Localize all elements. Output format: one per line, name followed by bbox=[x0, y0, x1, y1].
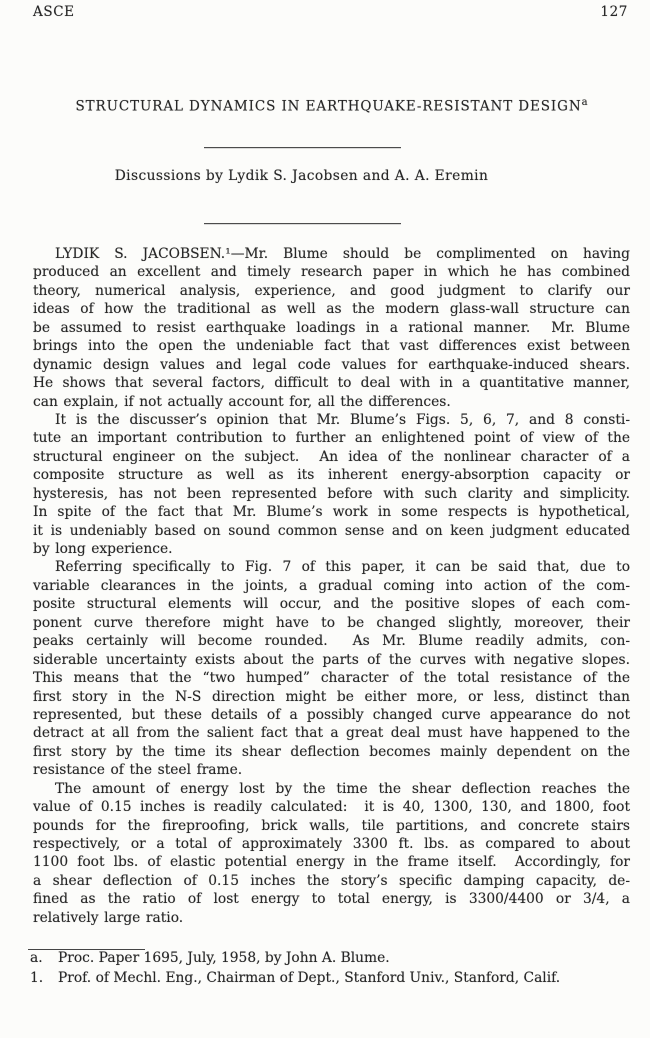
text-line: represented, but these details of a poss… bbox=[33, 706, 630, 724]
text-line: variable clearances in the joints, a gra… bbox=[33, 577, 630, 595]
footnote-a-text: Proc. Paper 1695, July, 1958, by John A.… bbox=[58, 948, 631, 968]
text-line: LYDIK S. JACOBSEN.¹—Mr. Blume should be … bbox=[33, 245, 630, 263]
footnote-1: 1. Prof. of Mechl. Eng., Chairman of Dep… bbox=[30, 968, 631, 988]
article-title-text: STRUCTURAL DYNAMICS IN EARTHQUAKE-RESIST… bbox=[75, 99, 581, 115]
footnotes: a. Proc. Paper 1695, July, 1958, by John… bbox=[30, 948, 631, 988]
text-line: peaks certainly will become rounded. As … bbox=[33, 632, 630, 650]
text-line: He shows that several factors, difficult… bbox=[33, 374, 630, 392]
text-line: respectively, or a total of approximatel… bbox=[33, 835, 630, 853]
text-line: dynamic design values and legal code val… bbox=[33, 356, 630, 374]
text-line: brings into the open the undeniable fact… bbox=[33, 337, 630, 355]
article-title: STRUCTURAL DYNAMICS IN EARTHQUAKE-RESIST… bbox=[33, 95, 630, 115]
text-line: tute an important contribution to furthe… bbox=[33, 429, 630, 447]
text-line: The amount of energy lost by the time th… bbox=[33, 780, 630, 798]
scanned-journal-page: ASCE 127 STRUCTURAL DYNAMICS IN EARTHQUA… bbox=[0, 0, 650, 1038]
text-line: theory, numerical analysis, experience, … bbox=[33, 282, 630, 300]
text-line: can explain, if not actually account for… bbox=[33, 393, 630, 411]
text-line: it is undeniably based on sound common s… bbox=[33, 522, 630, 540]
paragraph-4: The amount of energy lost by the time th… bbox=[33, 780, 630, 928]
title-footnote-superscript: a bbox=[582, 97, 588, 108]
society-name: ASCE bbox=[33, 4, 75, 20]
page-number: 127 bbox=[600, 4, 628, 20]
text-line: composite structure as well as its inher… bbox=[33, 466, 630, 484]
paragraph-3: Referring specifically to Fig. 7 of this… bbox=[33, 558, 630, 779]
running-header: ASCE 127 bbox=[33, 4, 628, 20]
text-line: 1100 foot lbs. of elastic potential ener… bbox=[33, 853, 630, 871]
text-line: ideas of how the traditional as well as … bbox=[33, 300, 630, 318]
article-head: STRUCTURAL DYNAMICS IN EARTHQUAKE-RESIST… bbox=[33, 95, 630, 115]
text-line: produced an excellent and timely researc… bbox=[33, 263, 630, 281]
text-line: fined as the ratio of lost energy to tot… bbox=[33, 890, 630, 908]
text-line: posite structural elements will occur, a… bbox=[33, 595, 630, 613]
text-line: a shear deflection of 0.15 inches the st… bbox=[33, 872, 630, 890]
text-line: first story by the time its shear deflec… bbox=[33, 743, 630, 761]
text-line: In spite of the fact that Mr. Blume’s wo… bbox=[33, 503, 630, 521]
text-line: structural engineer on the subject. An i… bbox=[33, 448, 630, 466]
text-line: by long experience. bbox=[33, 540, 630, 558]
footnote-1-text: Prof. of Mechl. Eng., Chairman of Dept.,… bbox=[58, 968, 631, 988]
divider-rule-top bbox=[204, 147, 401, 148]
text-line: This means that the “two humped” charact… bbox=[33, 669, 630, 687]
byline: Discussions by Lydik S. Jacobsen and A. … bbox=[3, 168, 600, 184]
footnote-a-marker: a. bbox=[30, 948, 58, 968]
text-line: value of 0.15 inches is readily calculat… bbox=[33, 798, 630, 816]
text-line: siderable uncertainty exists about the p… bbox=[33, 651, 630, 669]
text-line: first story in the N-S direction might b… bbox=[33, 688, 630, 706]
text-line: It is the discusser’s opinion that Mr. B… bbox=[33, 411, 630, 429]
text-line: be assumed to resist earthquake loadings… bbox=[33, 319, 630, 337]
paragraph-2: It is the discusser’s opinion that Mr. B… bbox=[33, 411, 630, 559]
text-line: pounds for the fireproofing, brick walls… bbox=[33, 817, 630, 835]
paragraph-1: LYDIK S. JACOBSEN.¹—Mr. Blume should be … bbox=[33, 245, 630, 411]
text-line: relatively large ratio. bbox=[33, 909, 630, 927]
text-line: Referring specifically to Fig. 7 of this… bbox=[33, 558, 630, 576]
text-line: detract at all from the salient fact tha… bbox=[33, 724, 630, 742]
footnote-a: a. Proc. Paper 1695, July, 1958, by John… bbox=[30, 948, 631, 968]
text-line: resistance of the steel frame. bbox=[33, 761, 630, 779]
divider-rule-bottom bbox=[204, 223, 401, 224]
footnote-1-marker: 1. bbox=[30, 968, 58, 988]
article-body: LYDIK S. JACOBSEN.¹—Mr. Blume should be … bbox=[33, 245, 630, 927]
text-line: ponent curve therefore might have to be … bbox=[33, 614, 630, 632]
text-line: hysteresis, has not been represented bef… bbox=[33, 485, 630, 503]
